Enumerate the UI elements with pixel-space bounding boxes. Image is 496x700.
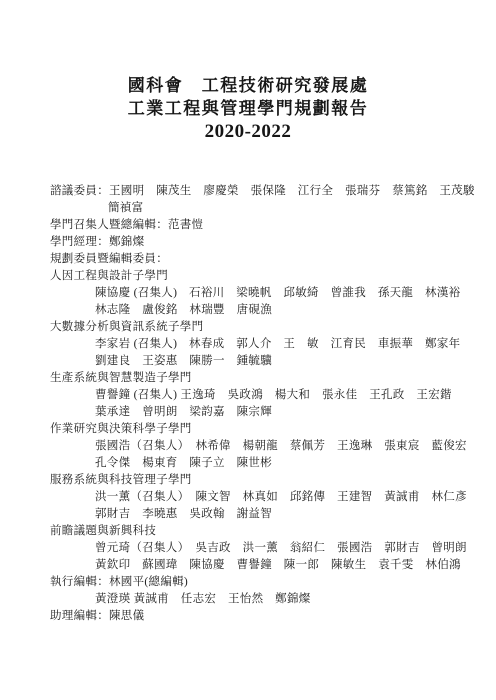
report-title: 工業工程與管理學門規劃報告 [0, 97, 496, 120]
subgroup-members-line1: 張國浩（召集人） 林希偉 楊朝龍 蔡佩芳 王逸琳 張東宸 藍俊宏 [50, 438, 470, 455]
assistant-editor-label: 助理編輯： [50, 610, 109, 622]
subgroup-heading: 大數據分析與資訊系統子學門 [50, 319, 470, 336]
subgroup-members-line1: 洪一薰（召集人） 陳文智 林真如 邱銘傳 王建智 黃誠甫 林仁彥 [50, 489, 470, 506]
subgroup-service-systems: 服務系統與科技管理子學門 洪一薰（召集人） 陳文智 林真如 邱銘傳 王建智 黃誠… [50, 472, 470, 523]
subgroup-members-line2: 孔令傑 楊東育 陳子立 陳世彬 [50, 455, 470, 472]
org-title: 國科會 工程技術研究發展處 [0, 74, 496, 97]
advisors-label: 諮議委員： [50, 185, 109, 197]
subgroup-members-line2: 黃欽印 蘇國瑋 陳協慶 曹譽鐘 陳一郎 陳敏生 袁千雯 林伯鴻 [50, 557, 470, 574]
executive-editor-row: 執行編輯：林國平(總編輯) [50, 574, 470, 591]
subgroup-members-line2: 劉建良 王姿惠 陳勝一 鍾毓驥 [50, 353, 470, 370]
subgroup-members-line1: 陳協慶 (召集人) 石裕川 梁曉帆 邱敏綺 曾誰我 孫天龍 林漢裕 [50, 285, 470, 302]
subgroup-members-line1: 曾元琦（召集人） 吳吉政 洪一薰 翁紹仁 張國浩 郭財吉 曾明朗 [50, 540, 470, 557]
executive-editor-label: 執行編輯： [50, 576, 109, 588]
subgroup-members-line1: 李家岩 (召集人) 林春成 郭人介 王 敏 江育民 車振華 鄭家年 [50, 336, 470, 353]
title-block: 國科會 工程技術研究發展處 工業工程與管理學門規劃報告 2020-2022 [0, 0, 496, 143]
executive-editor-name: 林國平(總編輯) [109, 576, 188, 588]
advisors-row: 諮議委員：王國明 陳茂生 廖慶榮 張保隆 江行全 張瑞芬 蔡篤銘 王茂駿 [50, 183, 470, 200]
subgroup-members-line2: 林志隆 盧俊銘 林瑞豐 唐硯漁 [50, 302, 470, 319]
report-years: 2020-2022 [0, 120, 496, 143]
manager-row: 學門經理：鄭錦燦 [50, 234, 470, 251]
convener-label: 學門召集人暨總編輯： [50, 219, 168, 231]
subgroup-heading: 前瞻議題與新興科技 [50, 523, 470, 540]
convener-row: 學門召集人暨總編輯：范書愷 [50, 217, 470, 234]
manager-name: 鄭錦燦 [109, 236, 144, 248]
assistant-editor-row: 助理編輯：陳思儀 [50, 608, 470, 625]
subgroup-human-factors: 人因工程與設計子學門 陳協慶 (召集人) 石裕川 梁曉帆 邱敏綺 曾誰我 孫天龍… [50, 268, 470, 319]
manager-label: 學門經理： [50, 236, 109, 248]
subgroup-members-line2: 郭財吉 李曉惠 吳政翰 謝益智 [50, 506, 470, 523]
convener-name: 范書愷 [168, 219, 203, 231]
assistant-editor-name: 陳思儀 [109, 610, 144, 622]
credits-block: 諮議委員：王國明 陳茂生 廖慶榮 張保隆 江行全 張瑞芬 蔡篤銘 王茂駿 簡禎富… [50, 183, 470, 625]
subgroup-members-line2: 葉承達 曾明朗 梁韵嘉 陳宗輝 [50, 404, 470, 421]
advisors-names-line2: 簡禎富 [50, 200, 470, 217]
subgroup-operations-research: 作業研究與決策科學子學門 張國浩（召集人） 林希偉 楊朝龍 蔡佩芳 王逸琳 張東… [50, 421, 470, 472]
advisors-names-line1: 王國明 陳茂生 廖慶榮 張保隆 江行全 張瑞芬 蔡篤銘 王茂駿 [109, 185, 475, 197]
subgroup-heading: 作業研究與決策科學子學門 [50, 421, 470, 438]
document-page: 國科會 工程技術研究發展處 工業工程與管理學門規劃報告 2020-2022 諮議… [0, 0, 496, 700]
subgroup-heading: 生產系統與智慧製造子學門 [50, 370, 470, 387]
subgroup-heading: 服務系統與科技管理子學門 [50, 472, 470, 489]
subgroup-heading: 人因工程與設計子學門 [50, 268, 470, 285]
subgroup-smart-manufacturing: 生產系統與智慧製造子學門 曹譽鐘 (召集人) 王逸琦 吳政鴻 楊大和 張永佳 王… [50, 370, 470, 421]
committee-header: 規劃委員暨編輯委員： [50, 251, 470, 268]
subgroup-members-line1: 曹譽鐘 (召集人) 王逸琦 吳政鴻 楊大和 張永佳 王孔政 王宏鍇 [50, 387, 470, 404]
subgroup-emerging-tech: 前瞻議題與新興科技 曾元琦（召集人） 吳吉政 洪一薰 翁紹仁 張國浩 郭財吉 曾… [50, 523, 470, 574]
executive-editor-names-line2: 黃澄瑛 黃誠甫 任志宏 王怡然 鄭錦燦 [50, 591, 470, 608]
subgroup-big-data: 大數據分析與資訊系統子學門 李家岩 (召集人) 林春成 郭人介 王 敏 江育民 … [50, 319, 470, 370]
